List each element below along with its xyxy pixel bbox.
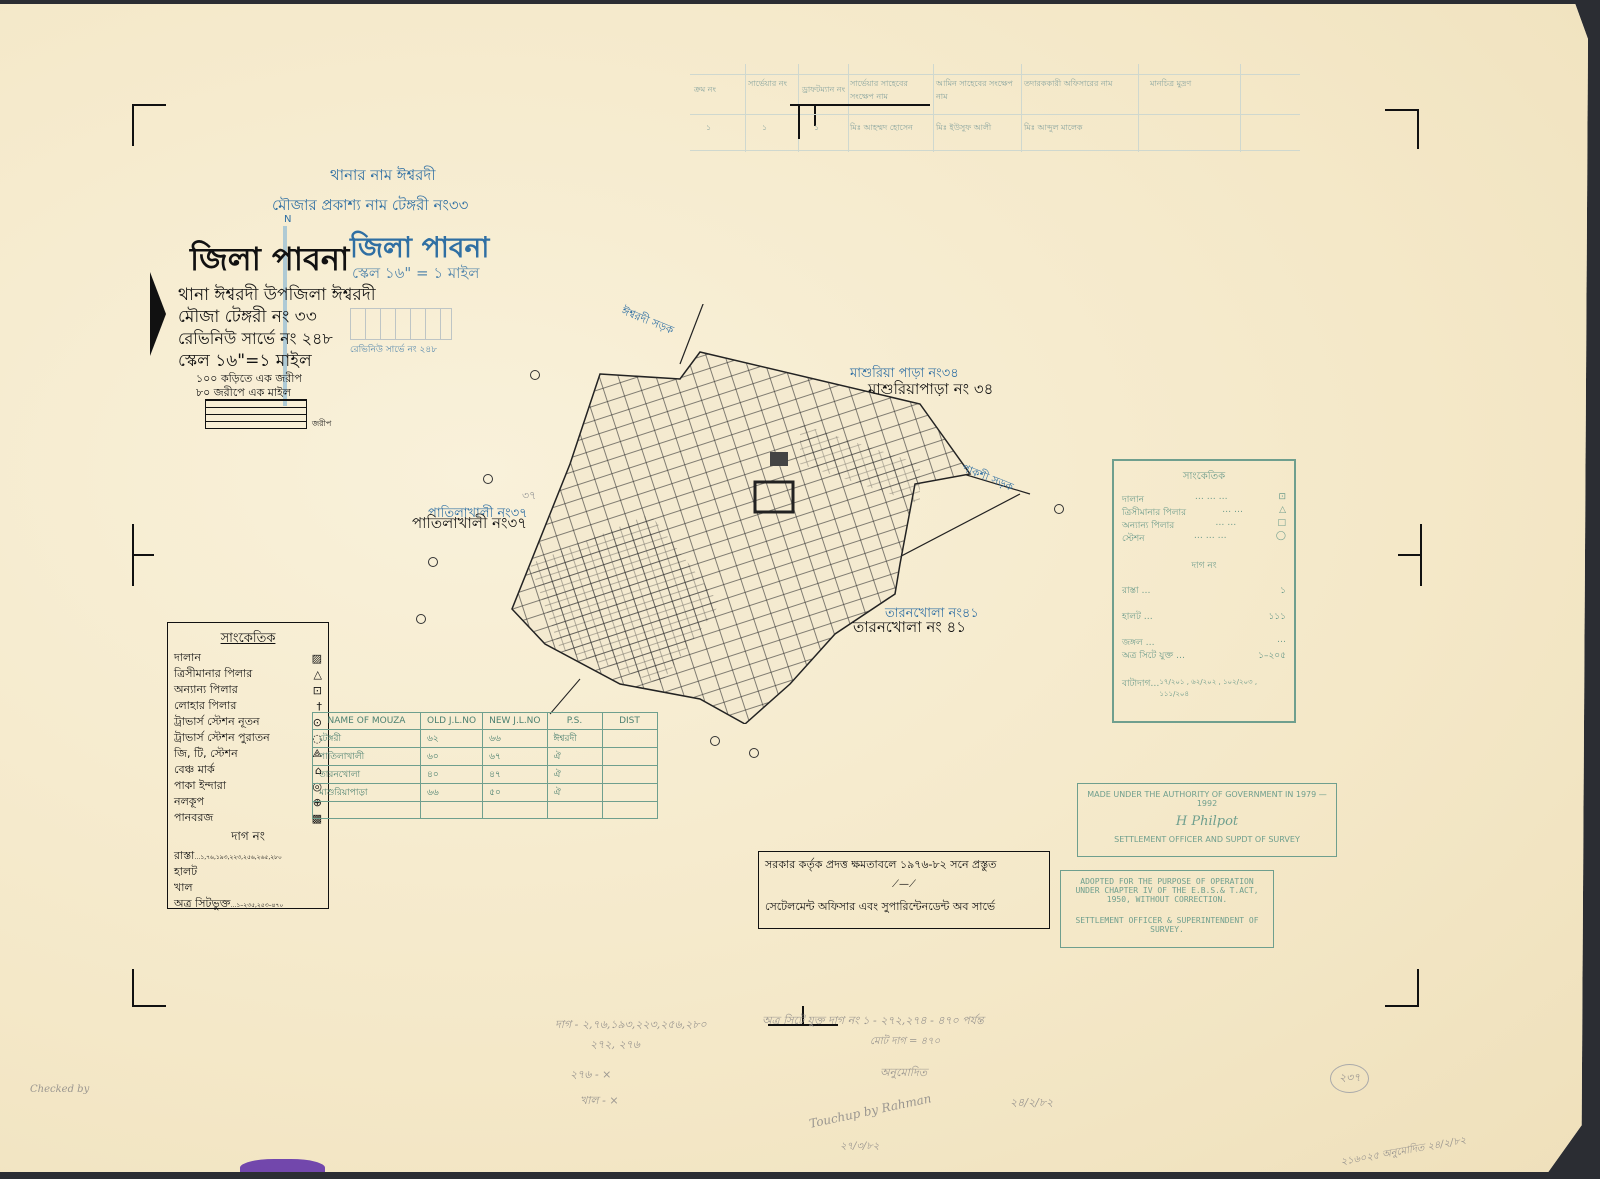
- taranakhola-label: তারনখোলা নং ৪১: [853, 616, 966, 641]
- top-table-cell: ১: [814, 122, 819, 135]
- touchup-note: Touchup by Rahman: [808, 1091, 933, 1131]
- green-dag-item: অত্র সিটে যুক্ত …১–২০৫: [1114, 648, 1294, 676]
- green-legend-item: স্টেশন… … …◯: [1114, 531, 1294, 544]
- crop-mark-top-right: [1385, 109, 1419, 149]
- government-certification-box: সরকার কর্তৃক প্রদত্ত ক্ষমতাবলে ১৯৭৬-৮২ স…: [758, 851, 1050, 929]
- left-edge-arrow-icon: [150, 272, 166, 356]
- building-icon: ▨: [294, 652, 322, 665]
- mouza-table: NAME OF MOUZA OLD J.L.NO NEW J.L.NO P.S.…: [312, 712, 658, 819]
- traverse-station-icon: [749, 748, 759, 758]
- circled-sheet-number: ২৩৭: [1330, 1064, 1369, 1093]
- tri-junction-pillar-icon: △: [294, 668, 322, 681]
- legend-item: পানবরজ▩: [168, 810, 328, 826]
- pencil-note: মোট দাগ = ৪৭০: [870, 1034, 940, 1051]
- traverse-station-icon: [483, 474, 493, 484]
- crop-tick-mid-left: [132, 554, 154, 556]
- top-table-cell: মিঃ ইউসুফ আলী: [936, 122, 991, 135]
- table-header-row: NAME OF MOUZA OLD J.L.NO NEW J.L.NO P.S.…: [313, 713, 658, 730]
- top-table-header: মানচিত্র মুদ্রণ: [1150, 78, 1191, 91]
- scale-bar-unit: জরীপ: [312, 418, 331, 431]
- other-pillar-icon: ⊡: [294, 684, 322, 697]
- top-table-header: ড্রাফটম্যান নং: [802, 84, 845, 97]
- green-dag-item: রাস্তা …১: [1114, 583, 1294, 609]
- authority-signature: H Philpot: [1078, 814, 1336, 829]
- green-legend-item: দালান… … …⊡: [1114, 492, 1294, 505]
- table-row: টেঙ্গরী৬২৬৬ঈশ্বরদী: [313, 730, 658, 748]
- iron-pillar-icon: †: [294, 700, 322, 713]
- traverse-station-icon: [710, 736, 720, 746]
- mashuriapara-label: মাশুরিয়াপাড়া নং ৩৪: [868, 378, 993, 403]
- pencil-note: ২৭২, ২৭৬: [590, 1036, 640, 1055]
- green-legend-item: ত্রিসীমানার পিলার… …△: [1114, 505, 1294, 518]
- scale-bar: [205, 399, 307, 429]
- traverse-station-icon: [1054, 504, 1064, 514]
- gov-signature: ⟋—⟋: [759, 879, 1049, 890]
- crop-mark-top-left: [132, 104, 166, 146]
- traverse-station-icon: [530, 370, 540, 380]
- district-title: জিলা পাবনা: [190, 234, 349, 288]
- table-row: মাশুরিয়াপাড়া৬৬৫০ঐ: [313, 784, 658, 802]
- pencil-note: অনুমোদিত: [880, 1064, 927, 1083]
- crop-tick-mid-right: [1398, 554, 1420, 556]
- faded-number: ৩৭: [522, 487, 536, 506]
- table-row: তারনখোলা৪০৪৭ঐ: [313, 766, 658, 784]
- top-table-header: সার্ভেয়ার নং: [748, 78, 787, 91]
- pencil-note: ২৪/২/৮২: [1010, 1094, 1053, 1113]
- green-legend-item: অন্যান্য পিলার… …□: [1114, 518, 1294, 531]
- top-table-header: তদারককারী অফিসারের নাম: [1024, 78, 1134, 91]
- pencil-note: ২৭৬ - ×: [570, 1066, 611, 1085]
- mouza-plot-map: [500, 304, 1060, 724]
- crop-mark-bottom-left: [132, 969, 166, 1007]
- top-table-header: ক্রম নং: [694, 84, 716, 97]
- table-row: [313, 802, 658, 819]
- blue-scale-bar: [350, 308, 452, 340]
- crop-mark-bottom-right: [1385, 969, 1419, 1007]
- survey-record-table: ক্রম নং সার্ভেয়ার নং ড্রাফটম্যান নং সার…: [690, 64, 1300, 152]
- ink-stain: [240, 1159, 325, 1179]
- pencil-note: অত্র সিটে যুক্ত দাগ নং ১ - ২৭২,২৭৪ - ৪৭০…: [762, 1012, 984, 1031]
- table-rule-tick: [798, 104, 800, 139]
- legend-box: সাংকেতিক দালান▨ ত্রিসীমানার পিলার△ অন্যা…: [167, 622, 329, 909]
- map-sheet: ক্রম নং সার্ভেয়ার নং ড্রাফটম্যান নং সার…: [0, 4, 1588, 1172]
- green-legend-box: সাংকেতিক দালান… … …⊡ ত্রিসীমানার পিলার… …: [1112, 459, 1296, 723]
- pencil-note: খাল - ×: [580, 1092, 619, 1111]
- blue-mouza-name: মৌজার প্রকাশ্য নাম টেঙ্গরী নং৩৩: [272, 194, 468, 219]
- pencil-signature: ২১৬০২৫ অনুমোদিত ২৪/২/৮২: [1339, 1133, 1467, 1172]
- top-table-cell: মিঃ আব্দুল মালেক: [1024, 122, 1083, 135]
- top-table-cell: ১: [706, 122, 711, 135]
- green-dag-item: জঙ্গল ……: [1114, 635, 1294, 648]
- patilakhali-label: পাতিলাখালী নং৩৭: [412, 512, 527, 537]
- dag-item: অত্র সিটভুক্ত…১–২৩৫,২৫৩–৪৭০: [168, 896, 328, 912]
- top-table-header: সার্ভেয়ার সাহেবের সংক্ষেপ নাম: [850, 78, 932, 104]
- pencil-note: দাগ - ২,৭৬,১৯৩,২২৩,২৫৬,২৮০: [555, 1016, 707, 1035]
- traverse-station-icon: [428, 557, 438, 567]
- adopted-stamp: ADOPTED FOR THE PURPOSE OF OPERATION UND…: [1060, 870, 1274, 948]
- traverse-station-icon: [416, 614, 426, 624]
- touchup-date: ২৭/৩/৮২: [840, 1139, 879, 1156]
- green-dag-title: দাগ নং: [1114, 558, 1294, 573]
- blue-thana-name: থানার নাম ঈশ্বরদী: [330, 164, 436, 189]
- green-dag-item: হালট …১১১: [1114, 609, 1294, 635]
- pencil-note: Checked by: [30, 1084, 89, 1095]
- blue-revenue: রেভিনিউ সার্ভে নং ২৪৮: [350, 342, 437, 357]
- north-label: N: [284, 214, 291, 225]
- dag-title: দাগ নং: [168, 828, 328, 848]
- table-row: পাতিলাখালী৬০৬৭ঐ: [313, 748, 658, 766]
- authority-stamp: MADE UNDER THE AUTHORITY OF GOVERNMENT I…: [1077, 783, 1337, 857]
- green-legend-title: সাংকেতিক: [1114, 469, 1294, 486]
- top-table-cell: ১: [762, 122, 767, 135]
- green-footer: বাটাদাগ…১৭/২০১ , ৬২/২০২ , ১০২/২০৩ , ১১১/…: [1114, 676, 1294, 689]
- table-rule-mark: [825, 104, 930, 106]
- legend-title: সাংকেতিক: [168, 629, 328, 650]
- top-table-header: আমিন সাহেবের সংক্ষেপ নাম: [936, 78, 1018, 104]
- top-table-cell: মিঃ আহম্মদ হোসেন: [850, 122, 913, 135]
